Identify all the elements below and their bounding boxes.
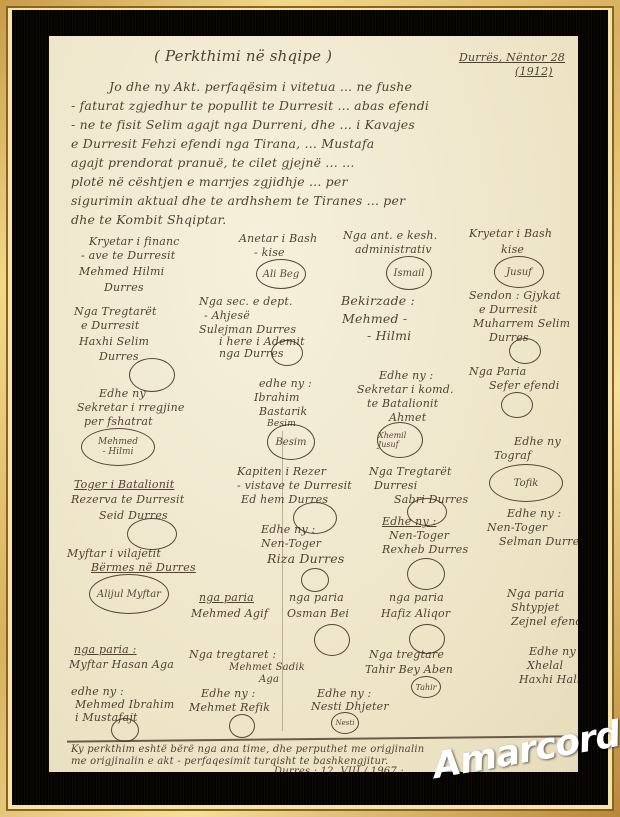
intro-line: e Durresit Fehzi efendi nga Tirana, ... … [71, 137, 374, 151]
footer-line: Ky perkthim eshtë bërë nga ana time, dhe… [71, 744, 424, 755]
signatory-line: Rexheb Durres [382, 544, 468, 556]
signatory-line: Nga Paria [469, 366, 526, 378]
seal-oval-empty [509, 338, 541, 364]
signatory-line: Nga tregtaret : [189, 649, 276, 661]
seal-text: - Hilmi [103, 447, 134, 457]
intro-line: - ne te fisit Selim agajt nga Durreni, d… [71, 118, 415, 132]
signatory-line: Edhe ny : [382, 516, 436, 528]
signatory-line: te Batalionit [367, 398, 438, 410]
signatory-line: Muharrem Selim [473, 318, 570, 330]
signatory-line: Mehmet Refik [189, 702, 270, 714]
signatory-line: edhe ny : [259, 378, 312, 390]
intro-line: Jo dhe ny Akt. perfaqësim i vitetua ... … [109, 80, 412, 94]
signatory-line: Edhe ny : [201, 688, 255, 700]
signatory-line: Mehmed Hilmi [79, 266, 164, 278]
signatory-line: Mehmed - [342, 312, 407, 326]
signatory-line: Ibrahim [254, 392, 300, 404]
signatory-line: - Hilmi [367, 329, 411, 343]
signatory-line: Durresi [374, 480, 418, 492]
signatory-line: Mehmed Agif [191, 608, 268, 620]
signatory-line: Edhe ny : [379, 370, 433, 382]
signatory-line: kise [501, 244, 524, 256]
signatory-line: Aga [259, 674, 279, 685]
seal-oval-empty [501, 392, 533, 418]
signatory-line: Shtypjet [511, 602, 559, 614]
intro-line: agajt prendorat pranuë, te cilet gjejnë … [71, 156, 355, 170]
signatory-line: Edhe ny : [507, 508, 561, 520]
year-header: (1912) [515, 66, 553, 78]
signatory-line: edhe ny : [71, 686, 124, 698]
seal-oval: Xhemil Jusuf [377, 422, 423, 458]
seal-oval-empty [271, 340, 303, 366]
signatory-line: Durres [104, 282, 144, 294]
signatory-line: - vistave te Durresit [237, 480, 352, 492]
seal-text: Mehmed [98, 437, 138, 447]
signatory-line: Kapiten i Rezer [237, 466, 326, 478]
seal-oval-empty [314, 624, 350, 656]
signatory-line: Bërmes në Durres [91, 562, 196, 574]
signatory-line: nga paria [389, 592, 444, 604]
handwritten-document: ( Perkthimi në shqipe ) Durrës, Nëntor 2… [49, 36, 578, 772]
date-header: Durrës, Nëntor 28 [459, 52, 565, 64]
signatory-line: Edhe ny [529, 646, 576, 658]
seal-oval-empty [301, 568, 329, 592]
signatory-line: Myftar i vilajetit [67, 548, 161, 560]
signatory-line: Nga tregtare [369, 649, 444, 661]
signatory-line: Sendon : Gjykat [469, 290, 561, 302]
seal-oval: Tahir [411, 676, 441, 698]
signatory-line: Hafiz Aliqor [381, 608, 450, 620]
signatory-line: Rezerva te Durresit [71, 494, 184, 506]
signatory-line: Osman Bei [287, 608, 349, 620]
signatory-line: - kise [254, 247, 285, 259]
signatory-line: Sekretar i rregjine [77, 402, 185, 414]
signatory-line: Zejnel efendi [511, 616, 578, 628]
footer-date: Durres : 12. VIII / 1967 : [274, 766, 404, 772]
seal-oval: Alijul Myftar [89, 574, 169, 614]
signatory-line: administrativ [355, 244, 432, 256]
signatory-line: - ave te Durresit [81, 250, 175, 262]
signatory-line: nga paria [289, 592, 344, 604]
signatory-line: Riza Durres [267, 552, 344, 566]
signatory-line: Nen-Toger [261, 538, 321, 550]
signatory-line: Nesti Dhjeter [311, 701, 389, 713]
seal-oval: Nesti [331, 712, 359, 734]
signatory-line: Nga sec. e dept. [199, 296, 293, 308]
signatory-line: Nen-Toger [389, 530, 449, 542]
signatory-line: Nga Tregtarët [74, 306, 157, 318]
signatory-line: per fshatrat [84, 416, 153, 428]
intro-line: dhe te Kombit Shqiptar. [71, 213, 226, 227]
signatory-line: e Durresit [479, 304, 538, 316]
signatory-line: Mehmet Sadik [229, 662, 305, 673]
seal-oval-empty [111, 718, 139, 742]
signatory-line: Kryetar i Bash [469, 228, 552, 240]
signatory-line: nga paria : [74, 644, 137, 656]
intro-line: plotë në cështjen e marrjes zgjidhje ...… [71, 175, 348, 189]
intro-line: sigurimin aktual dhe te ardhshem te Tira… [71, 194, 405, 208]
seal-oval-empty [407, 558, 445, 590]
signatory-line: Xhelal [527, 660, 563, 672]
seal-oval: Ali Beg [256, 259, 306, 289]
signatory-line: Mehmed Ibrahim [75, 699, 174, 711]
signatory-line: Nga ant. e kesh. [343, 230, 437, 242]
seal-oval: Mehmed - Hilmi [81, 428, 155, 466]
signatory-line: Nga paria [507, 588, 564, 600]
signatory-line: Haxhi Halil [519, 674, 578, 686]
signatory-line: Tahir Bey Aben [365, 664, 453, 676]
signatory-line: - Ahjesë [204, 310, 250, 322]
signatory-line: Durres [99, 351, 139, 363]
signatory-line: Bekirzade : [341, 294, 415, 308]
signatory-line: Selman Durres [499, 536, 578, 548]
signatory-line: Nen-Toger [487, 522, 547, 534]
signatory-line: Edhe ny [514, 436, 561, 448]
signatory-line: Edhe ny : [261, 524, 315, 536]
seal-oval-empty [127, 518, 177, 550]
seal-oval: Besim [267, 424, 315, 460]
signatory-line: Haxhi Selim [79, 336, 149, 348]
signatory-line: Sefer efendi [489, 380, 560, 392]
intro-line: - faturat zgjedhur te popullit te Durres… [71, 99, 429, 113]
signatory-line: Sekretar i komd. [357, 384, 454, 396]
signatory-line: Myftar Hasan Aga [69, 659, 174, 671]
seal-oval: Jusuf [494, 256, 544, 288]
signatory-line: Kryetar i financ [89, 236, 180, 248]
signatory-line: Toger i Batalionit [74, 479, 174, 491]
signatory-line: Tograf [494, 450, 531, 462]
signatory-line: Edhe ny : [317, 688, 371, 700]
signatory-line: Anetar i Bash [239, 233, 317, 245]
signatory-line: nga paria [199, 592, 254, 604]
signatory-line: Nga Tregtarët [369, 466, 452, 478]
signatory-line: Bastarik [259, 406, 307, 418]
seal-oval: Ismail [386, 256, 432, 290]
seal-oval: Tofik [489, 464, 563, 502]
seal-oval-empty [229, 714, 255, 738]
signatory-line: e Durresit [81, 320, 140, 332]
signatory-line: Edhe ny [99, 388, 146, 400]
document-title: ( Perkthimi në shqipe ) [154, 48, 332, 65]
